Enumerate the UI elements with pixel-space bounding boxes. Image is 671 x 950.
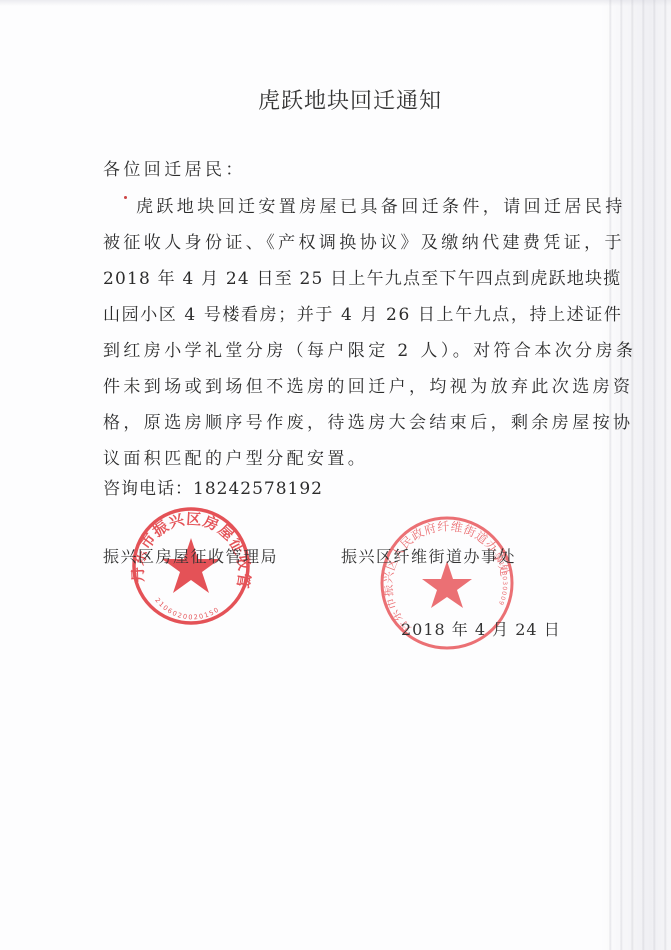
signature-housing-bureau: 振兴区房屋征收管理局 [103,544,278,567]
body-line-6: 件未到场或到场但不选房的回迁户，均视为放弃此次选房资 [103,372,573,397]
signature-subdistrict-office: 振兴区纤维街道办事处 [341,544,516,567]
body-line-4: 山园小区 4 号楼看房；并于 4 月 26 日上午九点，持上述证件 [103,300,573,325]
red-dot-mark [124,196,127,199]
scan-top-edge [0,0,671,6]
body-line-5: 到红房小学礼堂分房（每户限定 2 人）。对符合本次分房条 [103,336,573,361]
scan-right-edge [601,0,671,950]
body-line-2: 被征收人身份证、《产权调换协议》及缴纳代建费凭证，于 [103,228,573,253]
body-line-7: 格，原选房顺序号作废，待选房大会结束后，剩余房屋按协 [103,408,573,433]
body-line-1: 虎跃地块回迁安置房屋已具备回迁条件，请回迁居民持 [136,192,606,217]
star-icon [422,561,472,608]
body-line-3: 2018 年 4 月 24 日至 25 日上午九点至下午四点到虎跃地块揽 [103,264,573,289]
document-date: 2018 年 4 月 24 日 [401,617,561,640]
document-title: 虎跃地块回迁通知 [0,84,671,115]
body-line-8: 议面积匹配的户型分配安置。 [103,444,573,469]
phone-line: 咨询电话：18242578192 [103,474,573,499]
greeting: 各位回迁居民： [103,155,573,180]
